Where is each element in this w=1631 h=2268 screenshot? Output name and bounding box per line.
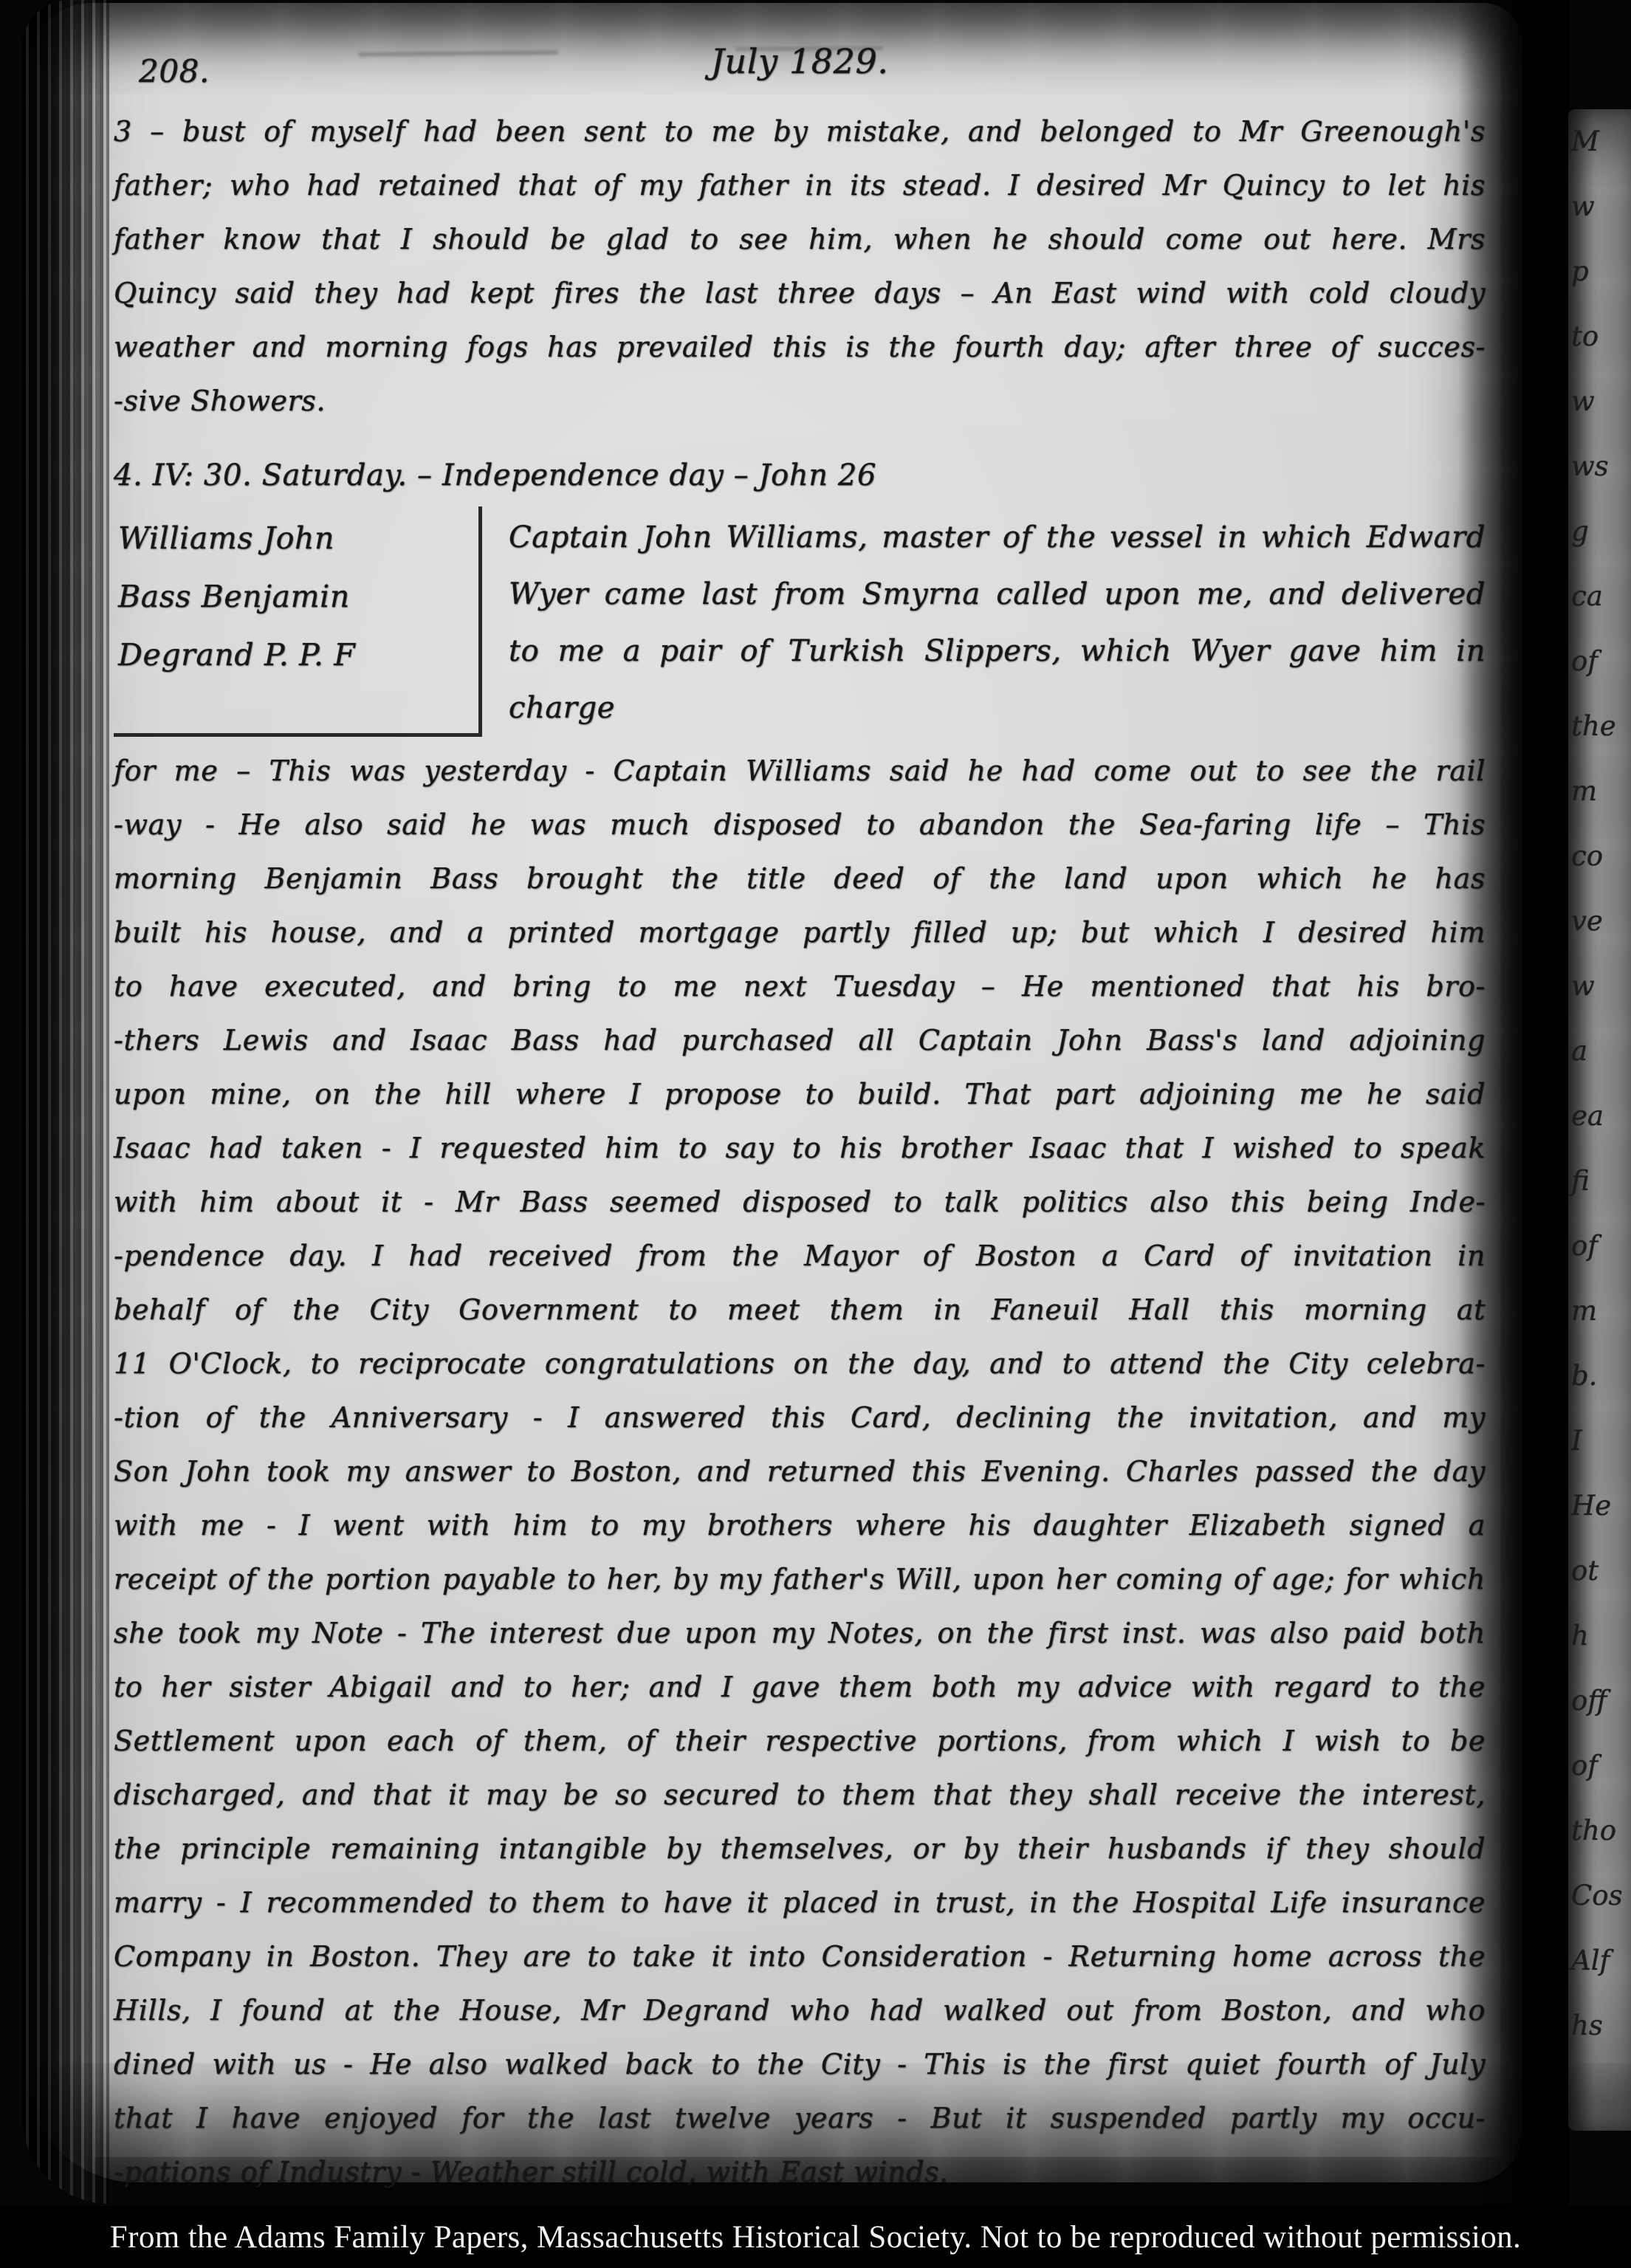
- manuscript-line: with him about it - Mr Bass seemed dispo…: [114, 1175, 1486, 1229]
- facing-page-text-fragment: h: [1568, 1604, 1631, 1669]
- facing-page-text-fragment: M: [1568, 109, 1631, 174]
- name-index-box: Williams John Bass Benjamin Degrand P. P…: [114, 506, 482, 737]
- manuscript-line: Hills, I found at the House, Mr Degrand …: [114, 1984, 1486, 2038]
- entry-heading: 4. IV: 30. Saturday. – Independence day …: [114, 447, 1486, 504]
- facing-page-text-fragment: I: [1568, 1409, 1631, 1474]
- manuscript-line: for me – This was yesterday - Captain Wi…: [114, 744, 1486, 798]
- manuscript-line: father; who had retained that of my fath…: [114, 159, 1486, 213]
- manuscript-line: receipt of the portion payable to her, b…: [114, 1553, 1486, 1606]
- facing-page-text-fragment: off: [1568, 1669, 1631, 1733]
- facing-page-text-fragment: b.: [1568, 1344, 1631, 1409]
- margin-name: Bass Benjamin: [118, 568, 459, 626]
- manuscript-line: the principle remaining intangible by th…: [114, 1822, 1486, 1876]
- entry-intro-column: Captain John Williams, master of the ves…: [482, 506, 1486, 737]
- manuscript-line: morning Benjamin Bass brought the title …: [114, 852, 1486, 906]
- manuscript-line: -thers Lewis and Isaac Bass had purchase…: [114, 1014, 1486, 1068]
- entry-top-row: Williams John Bass Benjamin Degrand P. P…: [114, 506, 1486, 737]
- facing-page-text-fragment: Alf: [1568, 1928, 1631, 1993]
- manuscript-line: to me a pair of Turkish Slippers, which …: [509, 623, 1486, 737]
- entry-body: for me – This was yesterday - Captain Wi…: [114, 744, 1486, 2199]
- manuscript-line: with me - I went with him to my brothers…: [114, 1499, 1486, 1553]
- facing-page-text-fragment: of: [1568, 1733, 1631, 1798]
- manuscript-line: marry - I recommended to them to have it…: [114, 1876, 1486, 1930]
- manuscript-line: father know that I should be glad to see…: [114, 213, 1486, 267]
- manuscript-line: Quincy said they had kept fires the last…: [114, 267, 1486, 320]
- facing-page-text-fragment: of: [1568, 1214, 1631, 1279]
- facing-page-text-fragment: ea: [1568, 1084, 1631, 1149]
- facing-page-text-fragment: fi: [1568, 1149, 1631, 1214]
- manuscript-line: that I have enjoyed for the last twelve …: [114, 2092, 1486, 2145]
- page-content: 208. July 1829. 3 – bust of myself had b…: [114, 34, 1486, 2199]
- manuscript-photo: 208. July 1829. 3 – bust of myself had b…: [0, 0, 1631, 2268]
- facing-page-text-fragment: m: [1568, 1279, 1631, 1344]
- facing-page-text-fragment: ot: [1568, 1539, 1631, 1604]
- manuscript-line: Wyer came last from Smyrna called upon m…: [509, 566, 1486, 623]
- manuscript-line: upon mine, on the hill where I propose t…: [114, 1068, 1486, 1121]
- margin-name: Williams John: [118, 509, 459, 568]
- facing-page-text-fragment: ve: [1568, 889, 1631, 954]
- facing-page-text-fragment: He: [1568, 1474, 1631, 1539]
- manuscript-line: 11 O'Clock, to reciprocate congratulatio…: [114, 1337, 1486, 1391]
- month-header: July 1829.: [114, 41, 1486, 81]
- facing-page-text-fragment: p: [1568, 239, 1631, 304]
- manuscript-line: to her sister Abigail and to her; and I …: [114, 1660, 1486, 1714]
- facing-page-text-fragment: hs: [1568, 1993, 1631, 2058]
- manuscript-line: -pations of Industry - Weather still col…: [114, 2145, 1486, 2199]
- page-gutter-shadow: [1458, 0, 1569, 2215]
- manuscript-line: behalf of the City Government to meet th…: [114, 1283, 1486, 1337]
- page-header: 208. July 1829.: [114, 34, 1486, 105]
- manuscript-line: dined with us - He also walked back to t…: [114, 2038, 1486, 2092]
- manuscript-line: -way - He also said he was much disposed…: [114, 798, 1486, 852]
- manuscript-line: Settlement upon each of them, of their r…: [114, 1714, 1486, 1768]
- manuscript-line: 3 – bust of myself had been sent to me b…: [114, 105, 1486, 159]
- facing-page-text-fragment: tho: [1568, 1798, 1631, 1863]
- manuscript-line: Company in Boston. They are to take it i…: [114, 1930, 1486, 1984]
- caption-bar: From the Adams Family Papers, Massachuse…: [0, 2206, 1631, 2268]
- manuscript-line: -tion of the Anniversary - I answered th…: [114, 1391, 1486, 1445]
- facing-page-text-fragment: w: [1568, 174, 1631, 239]
- manuscript-line: to have executed, and bring to me next T…: [114, 960, 1486, 1014]
- manuscript-line: Son John took my answer to Boston, and r…: [114, 1445, 1486, 1499]
- facing-page-text-fragment: a: [1568, 1019, 1631, 1084]
- archive-caption: From the Adams Family Papers, Massachuse…: [110, 2219, 1521, 2255]
- facing-page-sliver: M w p to w ws g ca of the m co ve w a ea…: [1568, 109, 1631, 2131]
- margin-name: Degrand P. P. F: [118, 626, 459, 684]
- facing-page-text-fragment: ca: [1568, 564, 1631, 629]
- facing-page-text-fragment: ws: [1568, 434, 1631, 499]
- facing-page-text-fragment: of: [1568, 629, 1631, 694]
- facing-page-text-fragment: to: [1568, 304, 1631, 369]
- facing-page-text-fragment: w: [1568, 954, 1631, 1019]
- manuscript-line: weather and morning fogs has prevailed t…: [114, 320, 1486, 374]
- manuscript-line: -sive Showers.: [114, 374, 1486, 428]
- facing-page-text-fragment: w: [1568, 369, 1631, 434]
- manuscript-line: built his house, and a printed mortgage …: [114, 906, 1486, 960]
- manuscript-line: she took my Note - The interest due upon…: [114, 1606, 1486, 1660]
- facing-page-text-fragment: co: [1568, 824, 1631, 889]
- manuscript-line: -pendence day. I had received from the M…: [114, 1229, 1486, 1283]
- manuscript-line: Isaac had taken - I requested him to say…: [114, 1121, 1486, 1175]
- manuscript-line: Captain John Williams, master of the ves…: [509, 509, 1486, 566]
- facing-page-text-fragment: m: [1568, 759, 1631, 824]
- manuscript-line: discharged, and that it may be so secure…: [114, 1768, 1486, 1822]
- entry-july-4: 4. IV: 30. Saturday. – Independence day …: [114, 447, 1486, 2199]
- entry-july-3: 3 – bust of myself had been sent to me b…: [114, 105, 1486, 428]
- book-spine-edge: [22, 0, 109, 2204]
- facing-page-text-fragment: Cos: [1568, 1863, 1631, 1928]
- facing-page-text-fragment: the: [1568, 694, 1631, 759]
- facing-page-text-fragment: g: [1568, 499, 1631, 564]
- diary-page: 208. July 1829. 3 – bust of myself had b…: [27, 3, 1522, 2182]
